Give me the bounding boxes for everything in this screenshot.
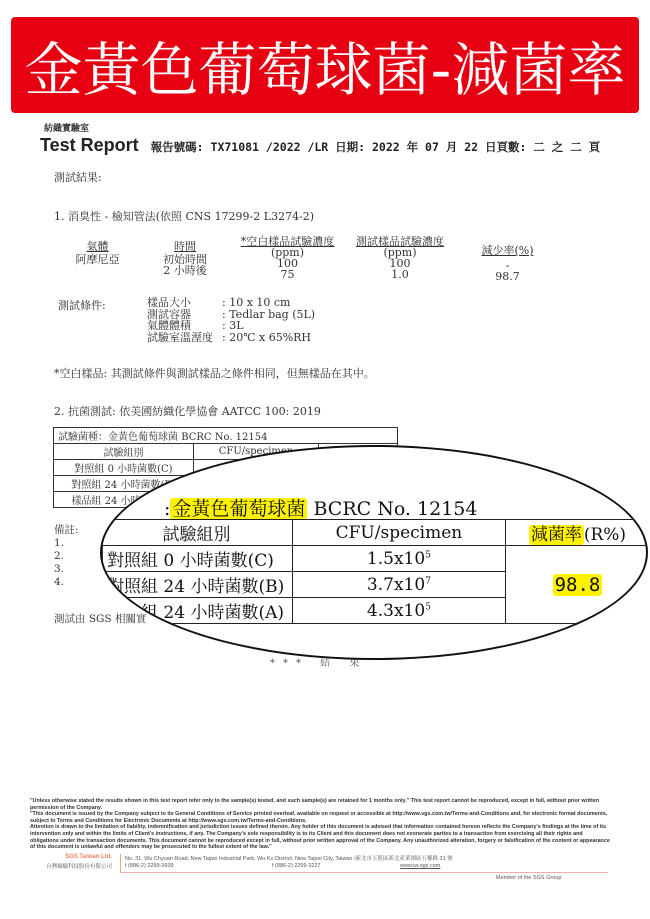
group-cell: 樣品組 24 小時菌數(A)	[103, 598, 293, 624]
results-label: 測試結果:	[54, 169, 102, 185]
species-code: BCRC No. 12154	[181, 432, 267, 443]
magnified-species: :金黃色葡萄球菌 BCRC No. 12154	[164, 494, 477, 521]
condition-row: 樣品大小 : 10 x 10 cm	[147, 297, 315, 309]
company-name-en: SGS Taiwan Ltd.	[32, 854, 112, 860]
banner-title: 金黃色葡萄球菌-減菌率	[25, 23, 626, 107]
cfu-cell: 3.7x107	[292, 572, 505, 598]
magnified-table: 試驗組別 CFU/specimen 減菌率(R%) 對照組 0 小時菌數(C) …	[102, 519, 648, 624]
col-test: 測試樣品試驗濃度 (ppm) 100 1.0	[345, 236, 455, 280]
report-header: Test Report 報告號碼: TX71081 /2022 /LR 日期: …	[40, 135, 600, 156]
note-item: 3.	[54, 563, 79, 576]
col-time: 時間 初始時間 2 小時後	[135, 241, 235, 276]
section2-title: 2. 抗菌測試: 依美國紡織化學協會 AATCC 100: 2019	[54, 403, 321, 419]
header-group: 試驗組別	[103, 520, 293, 546]
species-row: 試驗菌種：金黃色葡萄球菌 BCRC No. 12154	[54, 428, 398, 444]
report-title: Test Report	[40, 135, 139, 156]
cfu-exp: 5	[425, 602, 431, 612]
cfu-exp: 7	[425, 576, 431, 586]
legal-footer: "Unless otherwise stated the results sho…	[30, 798, 610, 851]
condition-value: : 3L	[222, 320, 244, 332]
blank-sample-note: *空白樣品: 其測試條件與測試樣品之條件相同，但無樣品在其中。	[54, 365, 375, 381]
rate-suffix: (R%)	[584, 525, 626, 545]
reduction-rate-value: 98.8	[553, 574, 603, 596]
blank-1: 75	[230, 269, 345, 280]
cfu-exp: 5	[425, 550, 431, 560]
cfu-base: 4.3x10	[367, 601, 425, 621]
species-label: 試驗菌種：	[58, 432, 108, 443]
title-banner: 金黃色葡萄球菌-減菌率	[11, 17, 639, 113]
footer-disclaimer-1: "Unless otherwise stated the results sho…	[30, 798, 610, 811]
group-cell: 對照組 0 小時菌數(C)	[103, 546, 293, 572]
conditions-label: 測試條件:	[58, 297, 106, 313]
species-name: 金黃色葡萄球菌	[108, 432, 178, 443]
cfu-base: 1.5x10	[367, 549, 425, 569]
company-address: No. 31, Wu Chyuan Road, New Taipei Indus…	[125, 854, 453, 862]
cfu-cell: 4.3x105	[292, 598, 505, 624]
footer-disclaimer-3: Attention is drawn to the limitation of …	[30, 824, 610, 850]
condition-value: : 10 x 10 cm	[222, 297, 290, 309]
company-name: SGS Taiwan Ltd. 台灣檢驗科技股份有限公司	[32, 854, 112, 870]
header-reduction: 減少率(%)	[465, 245, 550, 256]
col-blank: *空白樣品試驗濃度 (ppm) 100 75	[230, 236, 345, 280]
rate-label-highlight: 減菌率	[529, 525, 584, 545]
condition-value: : 20℃ x 65%RH	[222, 332, 311, 344]
header-time: 時間	[135, 241, 235, 252]
col-gas: 氣體 阿摩尼亞	[60, 241, 135, 265]
reduction-1: 98.7	[465, 271, 550, 282]
group-cell: 對照組 24 小時菌數(B)	[103, 572, 293, 598]
member-group: Member of the SGS Group	[496, 875, 561, 881]
header-rate: 減菌率(R%)	[505, 520, 648, 546]
condition-row: 氣體體積 : 3L	[147, 320, 315, 332]
footer-disclaimer-2: "This document is issued by the Company …	[30, 811, 610, 824]
test-1: 1.0	[345, 269, 455, 280]
section1-title: 1. 消臭性 - 檢知管法(依照 CNS 17299-2 L3274-2)	[54, 208, 314, 224]
col-reduction: 減少率(%) - 98.7	[465, 245, 550, 282]
header-cfu: CFU/specimen	[292, 520, 505, 546]
condition-row: 試驗室溫溼度 : 20℃ x 65%RH	[147, 332, 315, 344]
company-phone: t (886-2) 2299-3939	[125, 863, 174, 869]
species-name-highlight: 金黃色葡萄球菌	[170, 498, 307, 520]
cfu-base: 3.7x10	[367, 575, 425, 595]
reduction-rate-cell: 98.8	[505, 546, 648, 624]
report-meta: 報告號碼: TX71081 /2022 /LR 日期: 2022 年 07 月 …	[151, 139, 600, 155]
condition-key: 樣品大小	[147, 297, 222, 309]
note-item: 1.	[54, 537, 79, 550]
cfu-cell: 1.5x105	[292, 546, 505, 572]
gas-name: 阿摩尼亞	[60, 254, 135, 265]
magnifier-ellipse: :金黃色葡萄球菌 BCRC No. 12154 試驗組別 CFU/specime…	[100, 445, 648, 660]
company-name-zh: 台灣檢驗科技股份有限公司	[32, 862, 112, 870]
company-website-link[interactable]: www.tw.sgs.com	[400, 863, 440, 869]
group-cell: 對照組 0 小時菌數(C)	[54, 460, 194, 476]
note-item: 4.	[54, 576, 79, 589]
condition-key: 試驗室溫溼度	[147, 332, 222, 344]
header-gas: 氣體	[60, 241, 135, 252]
note-item: 2.	[54, 550, 79, 563]
conditions-list: 樣品大小 : 10 x 10 cm 測試容器 : Tedlar bag (5L)…	[147, 297, 315, 343]
condition-key: 氣體體積	[147, 320, 222, 332]
notes: 備註: 1. 2. 3. 4.	[54, 524, 79, 589]
header-group: 試驗組別	[54, 444, 194, 460]
time-1: 2 小時後	[135, 265, 235, 276]
lab-name: 紡織實驗室	[44, 121, 89, 134]
divider	[120, 872, 608, 873]
divider	[120, 854, 121, 872]
notes-label: 備註:	[54, 524, 79, 537]
species-code: BCRC No. 12154	[313, 498, 477, 520]
company-fax: f (886-2) 2299-3227	[272, 863, 321, 869]
